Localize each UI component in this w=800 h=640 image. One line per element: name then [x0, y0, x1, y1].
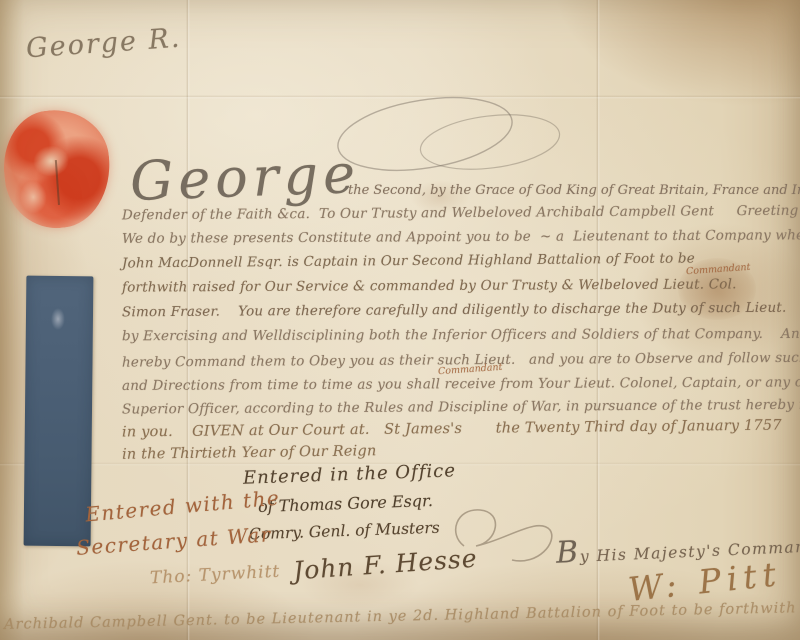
war-office-entry-line: Secretary at War [75, 522, 272, 560]
body-line: Defender of the Faith &ca. To Our Trusty… [122, 203, 799, 224]
office-entry-line: Comry. Genl. of Musters [249, 519, 440, 544]
body-line: We do by these presents Constitute and A… [122, 227, 800, 247]
signature-tyrwhitt: Tho: Tyrwhitt [150, 562, 281, 589]
blue-ribbon [24, 276, 94, 547]
calligraphic-flourish [330, 82, 570, 174]
red-wax-seal [0, 105, 116, 233]
body-initial-word: George [129, 142, 361, 213]
interlinear-insertion: Commandant [686, 262, 751, 277]
body-line: the Second, by the Grace of God King of … [348, 183, 800, 198]
signature-hesse: John F. Hesse [292, 544, 478, 586]
docket-line: Archibald Campbell Gent. to be Lieutenan… [4, 599, 800, 633]
seal-scratch-mark [55, 160, 60, 205]
body-line: John MacDonnell Esqr. is Captain in Our … [122, 251, 695, 272]
office-entry-line: Entered in the Office [243, 460, 457, 488]
body-line: Simon Fraser. You are therefore carefull… [122, 300, 787, 321]
body-line: and Directions from time to time as you … [122, 374, 800, 394]
manuscript-page: George R. George the Second, by the Grac… [0, 0, 800, 640]
office-entry-line: of Thomas Gore Esqr. [258, 491, 434, 516]
body-line: in the Thirtieth Year of Our Reign [122, 443, 377, 463]
war-office-entry-line: Entered with the [84, 486, 281, 527]
royal-sign-manual: George R. [25, 23, 182, 65]
body-line: forthwith raised for Our Service & comma… [122, 276, 737, 295]
fold-crease-horizontal-top [0, 95, 800, 99]
body-line: Superior Officer, according to the Rules… [122, 396, 800, 417]
body-line: by Exercising and Welldisciplining both … [122, 326, 800, 345]
body-line: in you. GIVEN at Our Court at. St James'… [122, 418, 782, 441]
